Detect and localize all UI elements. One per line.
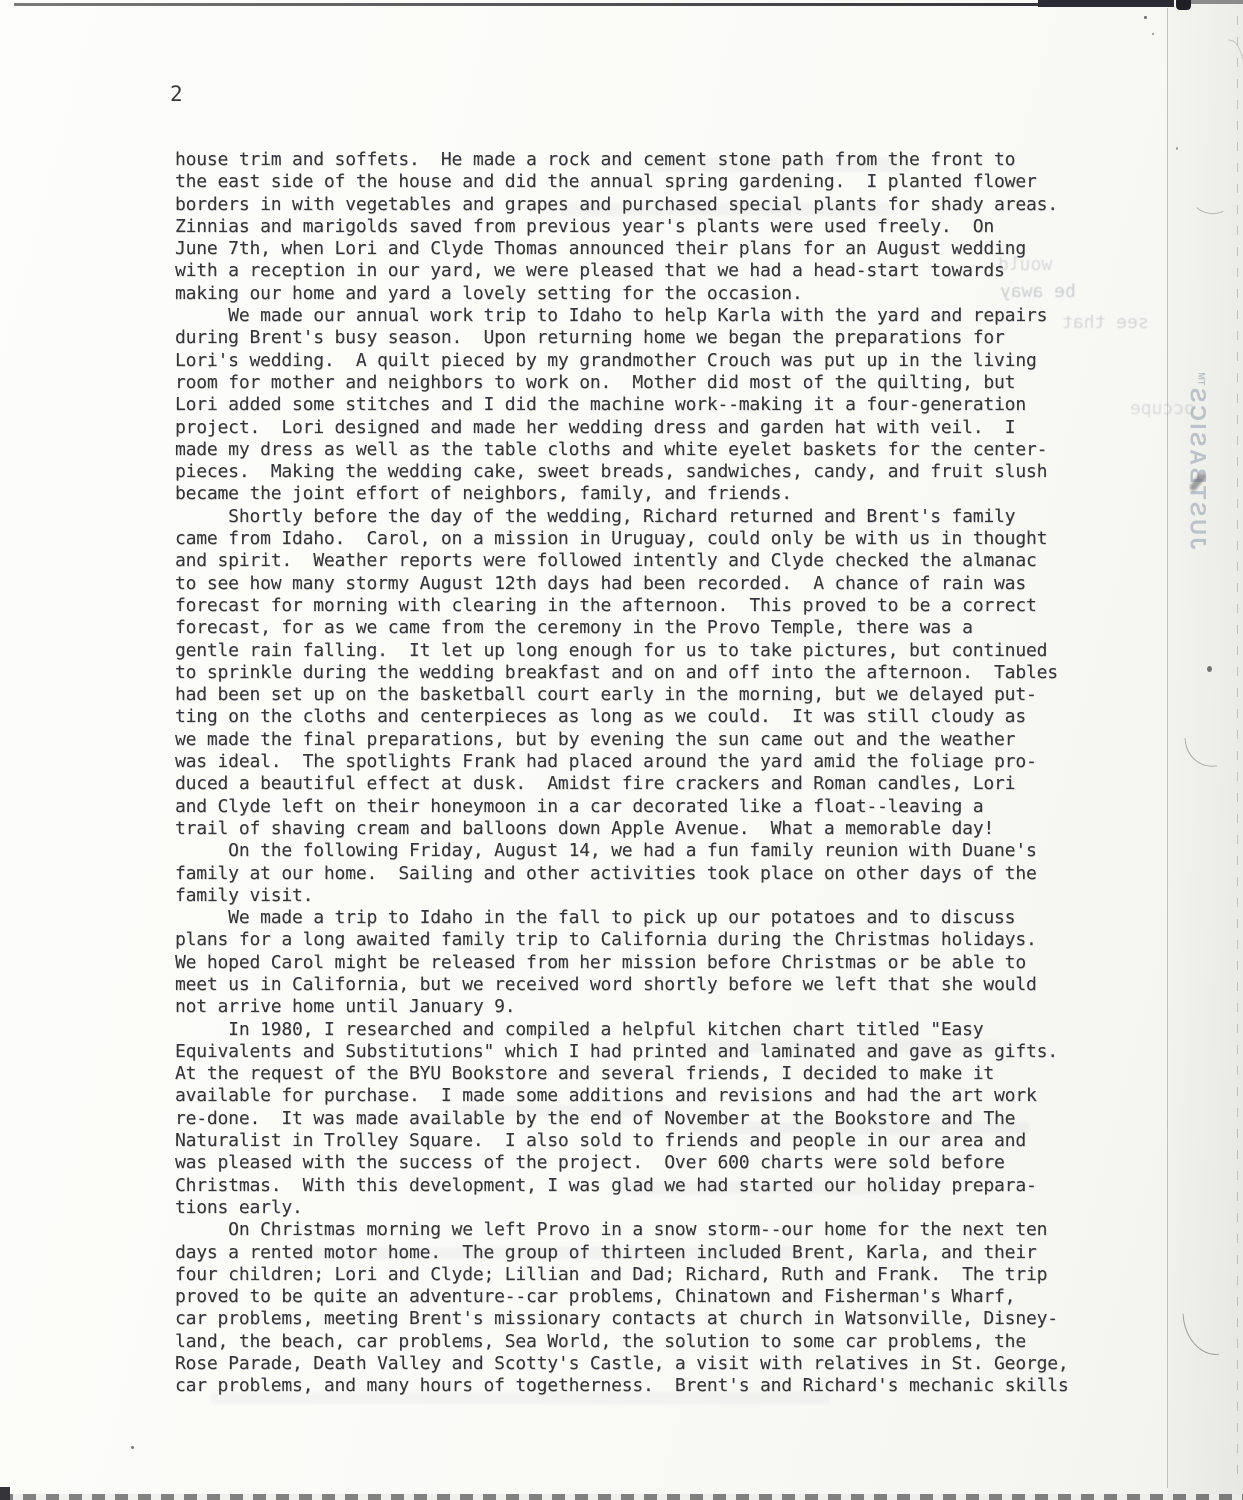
scanned-typewritten-page: would be away see that occupe 2 house tr… [0, 0, 1243, 1500]
scan-speck [1144, 16, 1147, 19]
scan-speck [131, 1446, 134, 1449]
scan-edge-bottom [0, 1494, 1243, 1500]
scan-speck [1207, 666, 1212, 672]
page-curl-mark [1224, 39, 1243, 106]
scan-speck [1152, 33, 1154, 35]
page-number: 2 [170, 82, 183, 106]
scan-edge-top [14, 3, 1172, 6]
scan-edge-bottom-corner [0, 1487, 10, 1500]
typewritten-text: house trim and soffets. He made a rock a… [175, 149, 1140, 1398]
scan-speck [1176, 147, 1178, 150]
scan-edge-top-dark [1038, 0, 1174, 7]
page-right-edge-line [1167, 8, 1168, 1488]
perforation-dash-line [1237, 16, 1238, 1484]
